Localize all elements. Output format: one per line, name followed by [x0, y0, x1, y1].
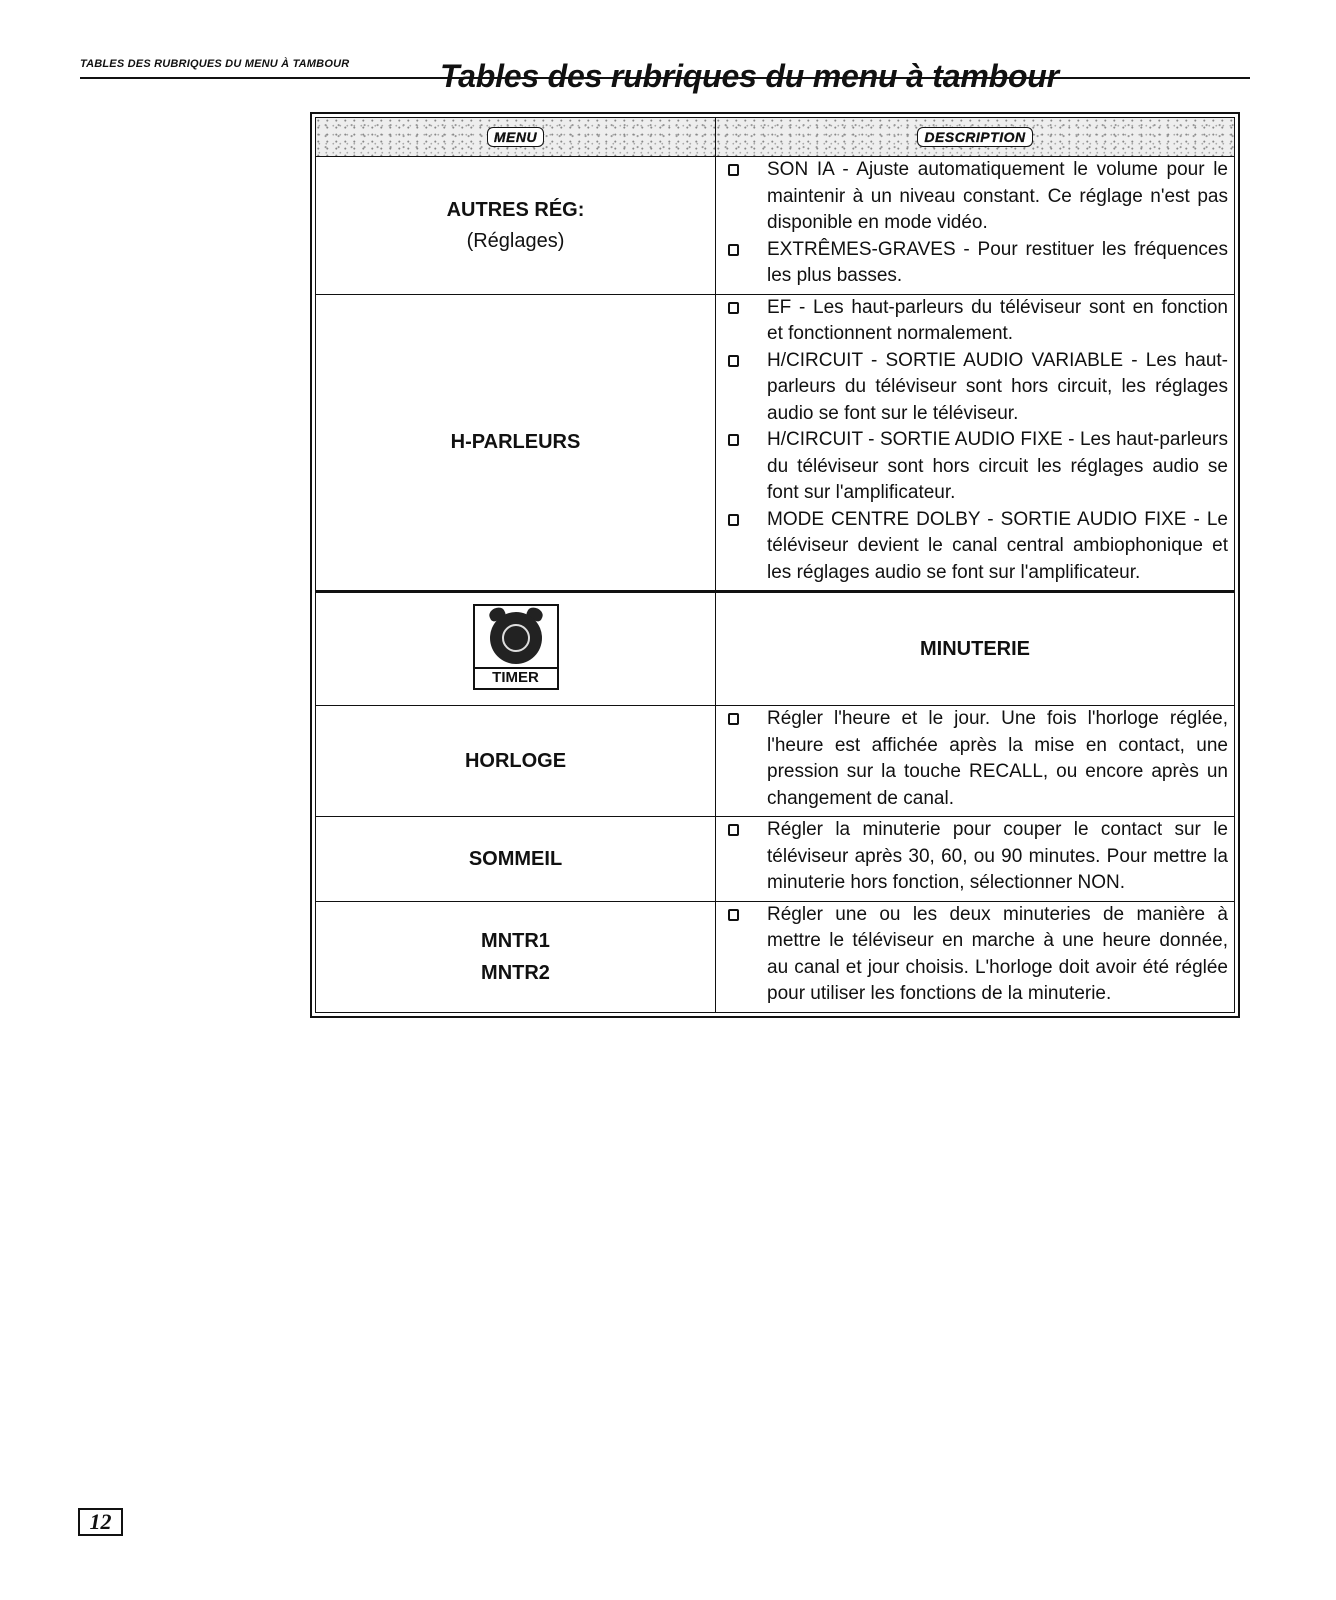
list-item: H/CIRCUIT - SORTIE AUDIO VARIABLE - Les …	[724, 348, 1228, 428]
section-title: MINUTERIE	[716, 592, 1235, 706]
menu-name: AUTRES RÉG:	[317, 194, 714, 226]
menu-name: H-PARLEURS	[317, 426, 714, 458]
table-row: H-PARLEURS EF - Les haut-parleurs du tél…	[316, 294, 1235, 592]
timer-section-row: TIMER MINUTERIE	[316, 592, 1235, 706]
description-column-header: Description	[716, 118, 1235, 157]
list-item: SON IA - Ajuste automatiquement le volum…	[724, 157, 1228, 237]
checkbox-bullet-icon	[728, 244, 739, 256]
menu-name: MNTR1	[317, 925, 714, 957]
checkbox-bullet-icon	[728, 824, 739, 836]
table-row: MNTR1 MNTR2 Régler une ou les deux minut…	[316, 901, 1235, 1012]
alarm-clock-icon: TIMER	[473, 604, 559, 690]
item-text: Régler l'heure et le jour. Une fois l'ho…	[767, 706, 1228, 812]
menu-name: HORLOGE	[317, 745, 714, 777]
table-header-row: Menu Description	[316, 118, 1235, 157]
table-row: SOMMEIL Régler la minuterie pour couper …	[316, 817, 1235, 902]
page-title: Tables des rubriques du menu à tambour	[440, 58, 1059, 95]
timer-icon-cell: TIMER	[316, 592, 716, 706]
description-cell: Régler l'heure et le jour. Une fois l'ho…	[716, 706, 1235, 817]
checkbox-bullet-icon	[728, 355, 739, 367]
item-text: Régler la minuterie pour couper le conta…	[767, 817, 1228, 897]
running-head: Tables des rubriques du menu à tambour	[80, 58, 349, 70]
menu-column-header: Menu	[316, 118, 716, 157]
item-text: Régler une ou les deux minuteries de man…	[767, 902, 1228, 1008]
table-row: AUTRES RÉG: (Réglages) SON IA - Ajuste a…	[316, 157, 1235, 295]
description-cell: Régler la minuterie pour couper le conta…	[716, 817, 1235, 902]
description-cell: SON IA - Ajuste automatiquement le volum…	[716, 157, 1235, 295]
menu-cell: MNTR1 MNTR2	[316, 901, 716, 1012]
menu-header-label: Menu	[487, 127, 544, 147]
menu-name: SOMMEIL	[317, 843, 714, 875]
checkbox-bullet-icon	[728, 434, 739, 446]
menu-cell: AUTRES RÉG: (Réglages)	[316, 157, 716, 295]
checkbox-bullet-icon	[728, 164, 739, 176]
timer-icon-label: TIMER	[475, 667, 557, 687]
menu-cell: SOMMEIL	[316, 817, 716, 902]
description-cell: EF - Les haut-parleurs du téléviseur son…	[716, 294, 1235, 592]
list-item: EF - Les haut-parleurs du téléviseur son…	[724, 295, 1228, 348]
checkbox-bullet-icon	[728, 909, 739, 921]
description-header-label: Description	[917, 127, 1032, 147]
checkbox-bullet-icon	[728, 514, 739, 526]
menu-subtitle: (Réglages)	[317, 226, 714, 256]
list-item: Régler une ou les deux minuteries de man…	[724, 902, 1228, 1008]
list-item: MODE CENTRE DOLBY - SORTIE AUDIO FIXE - …	[724, 507, 1228, 587]
list-item: EXTRÊMES-GRAVES - Pour restituer les fré…	[724, 237, 1228, 290]
list-item: Régler la minuterie pour couper le conta…	[724, 817, 1228, 897]
item-text: EXTRÊMES-GRAVES - Pour restituer les fré…	[767, 237, 1228, 290]
menu-cell: HORLOGE	[316, 706, 716, 817]
clock-face-shape	[490, 612, 542, 664]
description-cell: Régler une ou les deux minuteries de man…	[716, 901, 1235, 1012]
list-item: H/CIRCUIT - SORTIE AUDIO FIXE - Les haut…	[724, 427, 1228, 507]
list-item: Régler l'heure et le jour. Une fois l'ho…	[724, 706, 1228, 812]
checkbox-bullet-icon	[728, 302, 739, 314]
item-text: H/CIRCUIT - SORTIE AUDIO VARIABLE - Les …	[767, 348, 1228, 428]
table-row: HORLOGE Régler l'heure et le jour. Une f…	[316, 706, 1235, 817]
item-text: MODE CENTRE DOLBY - SORTIE AUDIO FIXE - …	[767, 507, 1228, 587]
menu-name-secondary: MNTR2	[317, 957, 714, 989]
page-number: 12	[78, 1508, 123, 1536]
item-text: SON IA - Ajuste automatiquement le volum…	[767, 157, 1228, 237]
menu-table: Menu Description AUTRES RÉG: (Réglages) …	[310, 112, 1240, 1018]
menu-cell: H-PARLEURS	[316, 294, 716, 592]
item-text: EF - Les haut-parleurs du téléviseur son…	[767, 295, 1228, 348]
item-text: H/CIRCUIT - SORTIE AUDIO FIXE - Les haut…	[767, 427, 1228, 507]
checkbox-bullet-icon	[728, 713, 739, 725]
